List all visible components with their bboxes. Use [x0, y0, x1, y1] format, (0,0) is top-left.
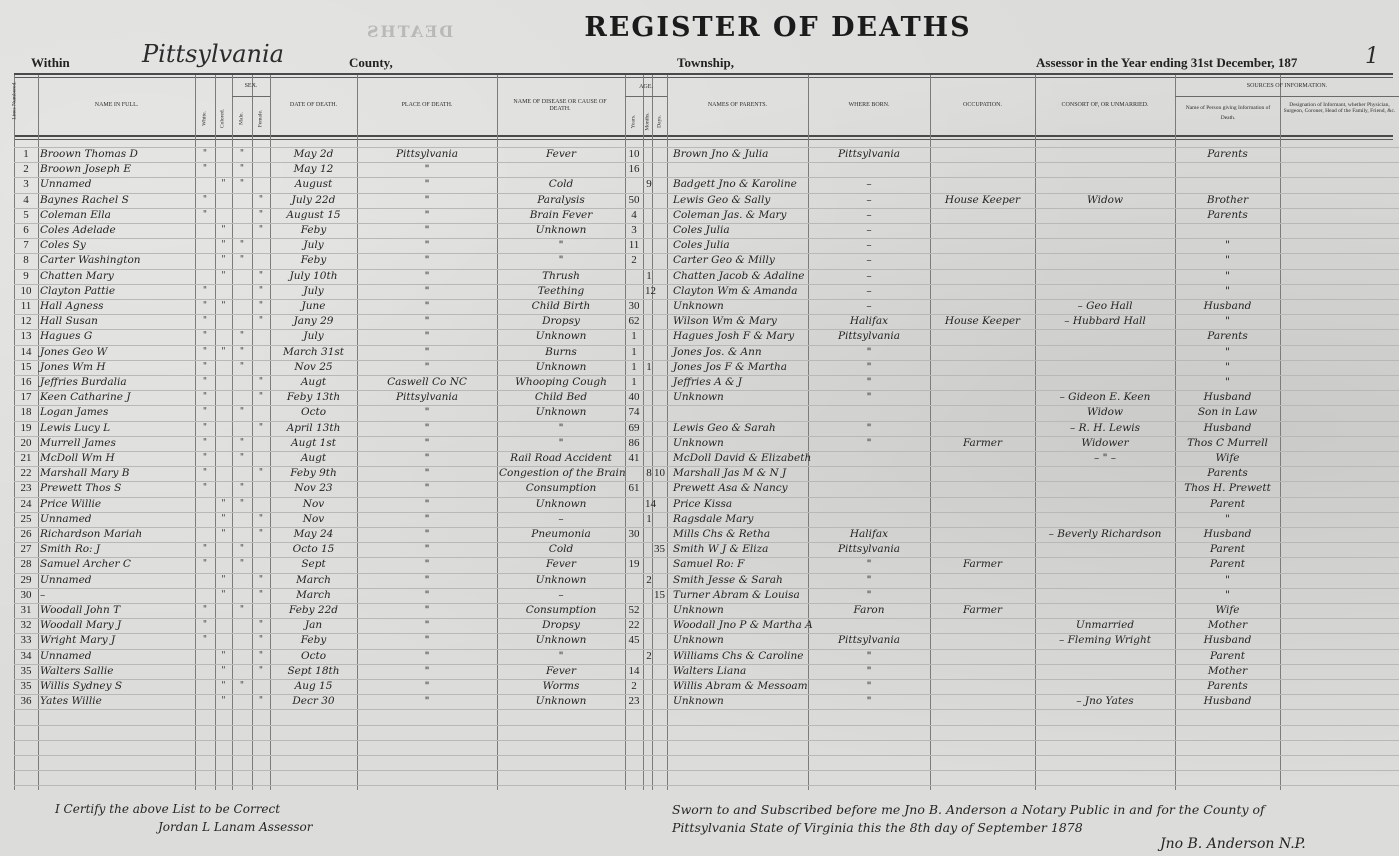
- cell-male: ": [234, 603, 250, 618]
- cell-male: [234, 649, 250, 664]
- cell-name: Walters Sallie: [40, 664, 193, 679]
- cell-no: 2: [16, 162, 36, 177]
- cell-informant: Parents: [1177, 208, 1278, 223]
- certify-statement: I Certify the above List to be Correct: [55, 802, 280, 816]
- cell-female: [254, 679, 268, 694]
- col-header-date: DATE OF DEATH.: [270, 102, 357, 109]
- row-rule: [14, 755, 1399, 756]
- cell-colored: [217, 466, 230, 481]
- cell-no: 20: [16, 436, 36, 451]
- cell-colored: ": [217, 588, 230, 603]
- cell-consort: Widow: [1037, 193, 1173, 208]
- cell-place: ": [359, 573, 495, 588]
- cell-days: 15: [654, 588, 665, 603]
- cell-place: ": [359, 314, 495, 329]
- cell-disease: –: [499, 588, 623, 603]
- cell-date: May 2d: [272, 147, 355, 162]
- column-rule: [232, 75, 233, 790]
- cell-male: [234, 223, 250, 238]
- cell-informant: Parents: [1177, 466, 1278, 481]
- cell-name: McDoll Wm H: [40, 451, 193, 466]
- cell-white: [197, 269, 213, 284]
- cell-colored: [217, 193, 230, 208]
- cell-female: ": [254, 223, 268, 238]
- cell-parents: Hagues Josh F & Mary: [673, 329, 810, 344]
- cell-date: Jany 29: [272, 314, 355, 329]
- cell-designation: [1282, 466, 1397, 481]
- cell-occupation: [932, 664, 1033, 679]
- cell-male: ": [234, 360, 250, 375]
- cell-colored: ": [217, 679, 230, 694]
- cell-occupation: [932, 542, 1033, 557]
- cell-date: Nov 23: [272, 481, 355, 496]
- cell-date: Augt 1st: [272, 436, 355, 451]
- cell-name: Woodall John T: [40, 603, 193, 618]
- cell-years: 40: [627, 390, 641, 405]
- cell-occupation: House Keeper: [932, 193, 1033, 208]
- cell-years: 86: [627, 436, 641, 451]
- cell-white: [197, 253, 213, 268]
- page-title: REGISTER OF DEATHS: [528, 12, 1028, 43]
- cell-born: –: [810, 223, 928, 238]
- cell-no: 31: [16, 603, 36, 618]
- cell-white: ": [197, 542, 213, 557]
- cell-occupation: [932, 649, 1033, 664]
- cell-informant: [1177, 177, 1278, 192]
- cell-months: [645, 253, 653, 268]
- cell-white: ": [197, 284, 213, 299]
- cell-colored: ": [217, 223, 230, 238]
- cell-white: [197, 238, 213, 253]
- cell-occupation: [932, 375, 1033, 390]
- cell-female: ": [254, 193, 268, 208]
- cell-place: ": [359, 284, 495, 299]
- cell-months: 8: [645, 466, 653, 481]
- cell-days: [654, 481, 665, 496]
- cell-disease: Cold: [499, 177, 623, 192]
- cell-female: ": [254, 649, 268, 664]
- cell-female: [254, 497, 268, 512]
- cell-consort: [1037, 466, 1173, 481]
- cell-name: Price Willie: [40, 497, 193, 512]
- cell-born: –: [810, 299, 928, 314]
- col-header-parents: NAMES OF PARENTS.: [667, 102, 808, 109]
- cell-consort: [1037, 223, 1173, 238]
- cell-white: ": [197, 390, 213, 405]
- cell-male: [234, 633, 250, 648]
- cell-disease: –: [499, 512, 623, 527]
- cell-place: ": [359, 618, 495, 633]
- cell-occupation: [932, 284, 1033, 299]
- col-header-line-no: Lines Numbered.: [12, 76, 19, 126]
- cell-years: 10: [627, 147, 641, 162]
- cell-female: ": [254, 512, 268, 527]
- cell-consort: – " –: [1037, 451, 1173, 466]
- register-page: DEATHS REGISTER OF DEATHS Within Pittsyl…: [0, 0, 1399, 856]
- column-rule: [215, 75, 216, 790]
- cell-no: 19: [16, 421, 36, 436]
- cell-days: 10: [654, 466, 665, 481]
- cell-born: ": [810, 694, 928, 709]
- cell-parents: [673, 162, 810, 177]
- assessor-signature: Jordan L Lanam Assessor: [158, 820, 313, 834]
- cell-place: ": [359, 664, 495, 679]
- cell-no: 21: [16, 451, 36, 466]
- cell-name: Coles Sy: [40, 238, 193, 253]
- cell-colored: ": [217, 573, 230, 588]
- cell-born: ": [810, 573, 928, 588]
- cell-disease: Child Bed: [499, 390, 623, 405]
- cell-name: Hagues G: [40, 329, 193, 344]
- township-label: Township,: [677, 55, 734, 71]
- cell-years: 45: [627, 633, 641, 648]
- cell-months: [645, 238, 653, 253]
- cell-date: March: [272, 588, 355, 603]
- cell-female: [254, 542, 268, 557]
- cell-male: ": [234, 481, 250, 496]
- cell-name: Jones Wm H: [40, 360, 193, 375]
- cell-days: [654, 557, 665, 572]
- cell-disease: Fever: [499, 664, 623, 679]
- cell-female: [254, 360, 268, 375]
- cell-consort: [1037, 573, 1173, 588]
- cell-months: [645, 193, 653, 208]
- header-top-rule-thin: [14, 77, 1393, 78]
- col-header-colored: Colored.: [220, 99, 227, 139]
- col-header-designation: Designation of Informant, whether Physic…: [1282, 102, 1397, 114]
- cell-female: [254, 177, 268, 192]
- cell-name: Richardson Mariah: [40, 527, 193, 542]
- cell-male: [234, 375, 250, 390]
- cell-informant: Husband: [1177, 299, 1278, 314]
- column-rule: [1280, 75, 1281, 790]
- cell-place: ": [359, 162, 495, 177]
- cell-informant: ": [1177, 269, 1278, 284]
- cell-parents: Coleman Jas. & Mary: [673, 208, 810, 223]
- cell-months: [645, 542, 653, 557]
- cell-months: [645, 162, 653, 177]
- cell-born: [810, 451, 928, 466]
- cell-parents: Jones Jos. & Ann: [673, 345, 810, 360]
- cell-months: [645, 208, 653, 223]
- cell-name: Logan James: [40, 405, 193, 420]
- cell-no: 36: [16, 694, 36, 709]
- cell-parents: Williams Chs & Caroline: [673, 649, 810, 664]
- cell-years: [627, 177, 641, 192]
- cell-male: [234, 299, 250, 314]
- cell-no: 27: [16, 542, 36, 557]
- cell-occupation: [932, 360, 1033, 375]
- cell-male: [234, 284, 250, 299]
- bleed-through-title: DEATHS: [365, 22, 453, 41]
- cell-white: ": [197, 451, 213, 466]
- cell-months: 1: [645, 360, 653, 375]
- cell-name: Unnamed: [40, 512, 193, 527]
- cell-designation: [1282, 421, 1397, 436]
- cell-disease: Congestion of the Brain: [499, 466, 623, 481]
- cell-place: ": [359, 512, 495, 527]
- cell-name: Willis Sydney S: [40, 679, 193, 694]
- cell-months: 14: [645, 497, 653, 512]
- cell-no: 30: [16, 588, 36, 603]
- cell-informant: Parents: [1177, 679, 1278, 694]
- cell-born: ": [810, 649, 928, 664]
- cell-designation: [1282, 299, 1397, 314]
- cell-date: Augt: [272, 375, 355, 390]
- cell-designation: [1282, 390, 1397, 405]
- cell-parents: Chatten Jacob & Adaline: [673, 269, 810, 284]
- cell-male: [234, 573, 250, 588]
- cell-colored: [217, 618, 230, 633]
- cell-date: August: [272, 177, 355, 192]
- column-rule: [667, 75, 668, 790]
- cell-male: [234, 694, 250, 709]
- cell-consort: [1037, 238, 1173, 253]
- row-rule: [14, 740, 1399, 741]
- cell-informant: Husband: [1177, 421, 1278, 436]
- cell-white: ": [197, 360, 213, 375]
- col-header-months: Months.: [645, 102, 652, 142]
- cell-years: 4: [627, 208, 641, 223]
- cell-name: Jones Geo W: [40, 345, 193, 360]
- col-header-male: Male.: [239, 99, 246, 139]
- cell-colored: ": [217, 694, 230, 709]
- cell-designation: [1282, 193, 1397, 208]
- cell-months: [645, 405, 653, 420]
- cell-name: Wright Mary J: [40, 633, 193, 648]
- column-rule: [625, 75, 626, 790]
- col-header-name: NAME IN FULL.: [38, 102, 195, 109]
- cell-years: [627, 284, 641, 299]
- cell-designation: [1282, 314, 1397, 329]
- cell-no: 34: [16, 649, 36, 664]
- cell-disease: Fever: [499, 147, 623, 162]
- cell-place: ": [359, 542, 495, 557]
- cell-informant: Parent: [1177, 497, 1278, 512]
- cell-date: Octo: [272, 649, 355, 664]
- cell-name: Woodall Mary J: [40, 618, 193, 633]
- cell-months: 12: [645, 284, 653, 299]
- cell-name: Chatten Mary: [40, 269, 193, 284]
- cell-consort: [1037, 269, 1173, 284]
- cell-date: Feby 13th: [272, 390, 355, 405]
- cell-designation: [1282, 527, 1397, 542]
- cell-disease: [499, 162, 623, 177]
- cell-date: April 13th: [272, 421, 355, 436]
- cell-date: Feby: [272, 633, 355, 648]
- cell-occupation: [932, 223, 1033, 238]
- cell-years: 41: [627, 451, 641, 466]
- cell-informant: [1177, 162, 1278, 177]
- cell-colored: ": [217, 238, 230, 253]
- cell-date: Feby: [272, 253, 355, 268]
- cell-disease: Worms: [499, 679, 623, 694]
- cell-male: ": [234, 345, 250, 360]
- cell-colored: [217, 557, 230, 572]
- cell-male: [234, 193, 250, 208]
- cell-no: 13: [16, 329, 36, 344]
- cell-parents: Unknown: [673, 694, 810, 709]
- cell-no: 24: [16, 497, 36, 512]
- cell-days: [654, 299, 665, 314]
- cell-born: ": [810, 421, 928, 436]
- cell-white: ": [197, 329, 213, 344]
- cell-date: Feby: [272, 223, 355, 238]
- cell-born: –: [810, 208, 928, 223]
- cell-years: 11: [627, 238, 641, 253]
- cell-name: Clayton Pattie: [40, 284, 193, 299]
- cell-years: [627, 542, 641, 557]
- cell-male: ": [234, 162, 250, 177]
- cell-disease: ": [499, 649, 623, 664]
- cell-female: [254, 147, 268, 162]
- cell-months: [645, 694, 653, 709]
- cell-born: ": [810, 375, 928, 390]
- cell-consort: – Fleming Wright: [1037, 633, 1173, 648]
- cell-date: June: [272, 299, 355, 314]
- cell-born: Halifax: [810, 527, 928, 542]
- cell-colored: [217, 314, 230, 329]
- cell-designation: [1282, 329, 1397, 344]
- cell-male: ": [234, 329, 250, 344]
- cell-months: [645, 527, 653, 542]
- cell-place: ": [359, 679, 495, 694]
- cell-days: [654, 603, 665, 618]
- cell-years: 1: [627, 329, 641, 344]
- cell-years: [627, 269, 641, 284]
- cell-colored: [217, 421, 230, 436]
- cell-consort: – R. H. Lewis: [1037, 421, 1173, 436]
- cell-date: May 12: [272, 162, 355, 177]
- cell-parents: Ragsdale Mary: [673, 512, 810, 527]
- cell-consort: [1037, 557, 1173, 572]
- cell-no: 33: [16, 633, 36, 648]
- notary-signature: Jno B. Anderson N.P.: [1160, 836, 1306, 852]
- cell-female: [254, 557, 268, 572]
- cell-occupation: [932, 588, 1033, 603]
- cell-designation: [1282, 436, 1397, 451]
- cell-informant: Wife: [1177, 451, 1278, 466]
- cell-occupation: [932, 329, 1033, 344]
- cell-colored: [217, 208, 230, 223]
- cell-male: [234, 421, 250, 436]
- cell-born: Pittsylvania: [810, 633, 928, 648]
- row-rule: [14, 709, 1399, 710]
- cell-born: ": [810, 360, 928, 375]
- cell-male: ": [234, 679, 250, 694]
- cell-occupation: [932, 512, 1033, 527]
- column-rule: [357, 75, 358, 790]
- cell-male: ": [234, 557, 250, 572]
- cell-months: [645, 299, 653, 314]
- cell-occupation: [932, 345, 1033, 360]
- cell-female: [254, 451, 268, 466]
- cell-years: 69: [627, 421, 641, 436]
- cell-born: –: [810, 238, 928, 253]
- cell-female: ": [254, 421, 268, 436]
- cell-designation: [1282, 162, 1397, 177]
- cell-white: ": [197, 208, 213, 223]
- cell-consort: [1037, 147, 1173, 162]
- cell-white: [197, 223, 213, 238]
- cell-male: [234, 512, 250, 527]
- cell-place: ": [359, 223, 495, 238]
- cell-colored: ": [217, 649, 230, 664]
- cell-days: [654, 375, 665, 390]
- cell-informant: Husband: [1177, 527, 1278, 542]
- cell-occupation: Farmer: [932, 436, 1033, 451]
- cell-date: July 10th: [272, 269, 355, 284]
- cell-female: ": [254, 284, 268, 299]
- cell-days: [654, 238, 665, 253]
- cell-informant: ": [1177, 345, 1278, 360]
- cell-occupation: Farmer: [932, 603, 1033, 618]
- cell-designation: [1282, 177, 1397, 192]
- cell-disease: Fever: [499, 557, 623, 572]
- cell-male: [234, 208, 250, 223]
- cell-years: 52: [627, 603, 641, 618]
- cell-designation: [1282, 679, 1397, 694]
- cell-parents: Clayton Wm & Amanda: [673, 284, 810, 299]
- cell-consort: – Beverly Richardson: [1037, 527, 1173, 542]
- cell-place: ": [359, 208, 495, 223]
- header-top-rule: [14, 73, 1393, 75]
- cell-parents: Smith W J & Eliza: [673, 542, 810, 557]
- cell-place: ": [359, 588, 495, 603]
- cell-months: [645, 451, 653, 466]
- cell-designation: [1282, 147, 1397, 162]
- cell-months: 1: [645, 512, 653, 527]
- cell-no: 1: [16, 147, 36, 162]
- cell-male: ": [234, 451, 250, 466]
- cell-no: 15: [16, 360, 36, 375]
- cell-days: [654, 223, 665, 238]
- cell-colored: [217, 542, 230, 557]
- cell-female: ": [254, 390, 268, 405]
- cell-male: ": [234, 238, 250, 253]
- cell-born: ": [810, 345, 928, 360]
- cell-male: [234, 588, 250, 603]
- cell-disease: ": [499, 253, 623, 268]
- cell-days: [654, 345, 665, 360]
- cell-born: –: [810, 177, 928, 192]
- cell-designation: [1282, 284, 1397, 299]
- cell-place: ": [359, 405, 495, 420]
- cell-occupation: [932, 451, 1033, 466]
- cell-white: [197, 588, 213, 603]
- col-header-place: PLACE OF DEATH.: [357, 102, 497, 109]
- cell-place: ": [359, 557, 495, 572]
- cell-designation: [1282, 223, 1397, 238]
- cell-place: ": [359, 481, 495, 496]
- cell-consort: [1037, 360, 1173, 375]
- cell-place: ": [359, 451, 495, 466]
- cell-white: [197, 664, 213, 679]
- cell-no: 10: [16, 284, 36, 299]
- cell-born: –: [810, 269, 928, 284]
- cell-months: [645, 618, 653, 633]
- cell-no: 23: [16, 481, 36, 496]
- cell-years: 2: [627, 253, 641, 268]
- cell-male: ": [234, 253, 250, 268]
- cell-disease: ": [499, 436, 623, 451]
- cell-occupation: [932, 694, 1033, 709]
- cell-name: Smith Ro: J: [40, 542, 193, 557]
- cell-born: [810, 481, 928, 496]
- cell-date: March 31st: [272, 345, 355, 360]
- column-rule: [270, 75, 271, 790]
- cell-designation: [1282, 618, 1397, 633]
